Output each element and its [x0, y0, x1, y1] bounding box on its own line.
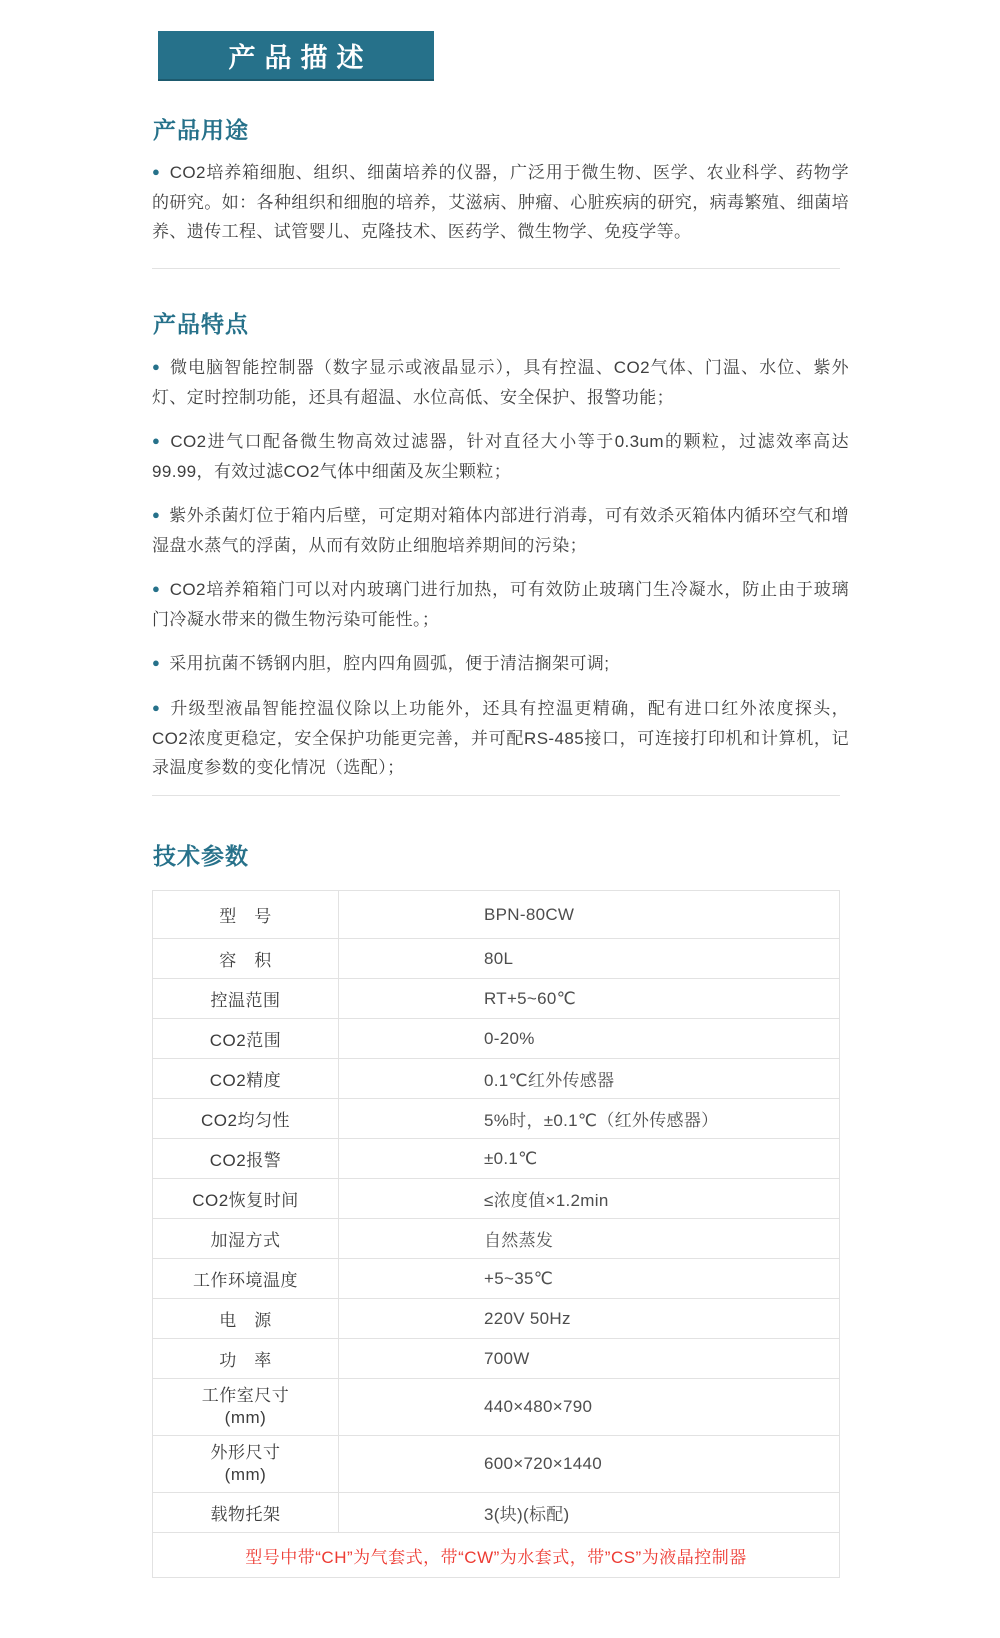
spec-label: 工作环境温度: [153, 1259, 339, 1299]
spec-label: 容 积: [153, 939, 339, 979]
spec-label: 型 号: [153, 891, 339, 939]
spec-label: 工作室尺寸 (mm): [153, 1379, 339, 1436]
bullet-icon: ●: [152, 359, 161, 374]
spec-label: 电 源: [153, 1299, 339, 1339]
spec-label: CO2恢复时间: [153, 1179, 339, 1219]
spec-row: 外形尺寸 (mm) 600×720×1440: [153, 1436, 840, 1493]
banner-title: 产品描述: [220, 36, 373, 75]
bullet-icon: ●: [152, 655, 160, 670]
spec-value: ≤浓度值×1.2min: [339, 1179, 840, 1219]
bullet-icon: ●: [152, 700, 161, 715]
spec-value: 5%时，±0.1℃（红外传感器）: [339, 1099, 840, 1139]
spec-label-line2: (mm): [153, 1407, 338, 1429]
spec-value: 自然蒸发: [339, 1219, 840, 1259]
feature-text: CO2培养箱箱门可以对内玻璃门进行加热，可有效防止玻璃门生冷凝水，防止由于玻璃门…: [152, 580, 849, 629]
spec-value: +5~35℃: [339, 1259, 840, 1299]
spec-label: 外形尺寸 (mm): [153, 1436, 339, 1493]
spec-label: CO2范围: [153, 1019, 339, 1059]
spec-value: 220V 50Hz: [339, 1299, 840, 1339]
spec-row: CO2恢复时间 ≤浓度值×1.2min: [153, 1179, 840, 1219]
feature-text: 升级型液晶智能控温仪除以上功能外，还具有控温更精确，配有进口红外浓度探头，CO2…: [152, 699, 849, 777]
bullet-icon: ●: [152, 164, 161, 179]
section-banner: 产品描述: [158, 31, 434, 81]
spec-value: 0-20%: [339, 1019, 840, 1059]
spec-label: CO2精度: [153, 1059, 339, 1099]
spec-label: CO2均匀性: [153, 1099, 339, 1139]
spec-row: CO2均匀性 5%时，±0.1℃（红外传感器）: [153, 1099, 840, 1139]
spec-row: 容 积 80L: [153, 939, 840, 979]
usage-text: CO2培养箱细胞、组织、细菌培养的仪器，广泛用于微生物、医学、农业科学、药物学的…: [152, 163, 849, 241]
spec-row: 载物托架 3(块)(标配): [153, 1493, 840, 1533]
spec-row: 工作室尺寸 (mm) 440×480×790: [153, 1379, 840, 1436]
feature-text: 紫外杀菌灯位于箱内后壁，可定期对箱体内部进行消毒，可有效杀灭箱体内循环空气和增湿…: [152, 506, 849, 555]
spec-value: 600×720×1440: [339, 1436, 840, 1493]
spec-label: 加湿方式: [153, 1219, 339, 1259]
feature-item: ●CO2进气口配备微生物高效过滤器，针对直径大小等于0.3um的颗粒，过滤效率高…: [152, 427, 849, 486]
spec-label: 控温范围: [153, 979, 339, 1019]
spec-value: ±0.1℃: [339, 1139, 840, 1179]
feature-text: 采用抗菌不锈钢内胆，腔内四角圆弧，便于清洁搁架可调;: [169, 654, 609, 673]
spec-row: 控温范围 RT+5~60℃: [153, 979, 840, 1019]
bullet-icon: ●: [152, 507, 160, 522]
feature-item: ●CO2培养箱箱门可以对内玻璃门进行加热，可有效防止玻璃门生冷凝水，防止由于玻璃…: [152, 575, 849, 634]
spec-value: 3(块)(标配): [339, 1493, 840, 1533]
spec-row: 电 源 220V 50Hz: [153, 1299, 840, 1339]
features-heading: 产品特点: [153, 306, 249, 339]
spec-value: 80L: [339, 939, 840, 979]
spec-value: 0.1℃红外传感器: [339, 1059, 840, 1099]
spec-row: 工作环境温度 +5~35℃: [153, 1259, 840, 1299]
spec-label: 载物托架: [153, 1493, 339, 1533]
bullet-icon: ●: [152, 433, 161, 448]
spec-label-line2: (mm): [153, 1464, 338, 1486]
spec-note: 型号中带“CH”为气套式，带“CW”为水套式，带”CS”为液晶控制器: [153, 1533, 840, 1578]
specs-heading: 技术参数: [153, 838, 249, 871]
spec-value: 440×480×790: [339, 1379, 840, 1436]
spec-row: 型 号 BPN-80CW: [153, 891, 840, 939]
spec-row: 功 率 700W: [153, 1339, 840, 1379]
features-list: ●微电脑智能控制器（数字显示或液晶显示），具有控温、CO2气体、门温、水位、紫外…: [152, 353, 849, 797]
spec-row: CO2报警 ±0.1℃: [153, 1139, 840, 1179]
feature-item: ●紫外杀菌灯位于箱内后壁，可定期对箱体内部进行消毒，可有效杀灭箱体内循环空气和增…: [152, 501, 849, 560]
spec-row: 加湿方式 自然蒸发: [153, 1219, 840, 1259]
usage-heading: 产品用途: [153, 112, 249, 145]
spec-value: RT+5~60℃: [339, 979, 840, 1019]
feature-item: ●微电脑智能控制器（数字显示或液晶显示），具有控温、CO2气体、门温、水位、紫外…: [152, 353, 849, 412]
spec-label: 功 率: [153, 1339, 339, 1379]
spec-label: CO2报警: [153, 1139, 339, 1179]
spec-value: BPN-80CW: [339, 891, 840, 939]
feature-item: ●采用抗菌不锈钢内胆，腔内四角圆弧，便于清洁搁架可调;: [152, 649, 849, 679]
specs-table: 型 号 BPN-80CW 容 积 80L 控温范围 RT+5~60℃ CO2范围…: [152, 890, 840, 1578]
bullet-icon: ●: [152, 581, 161, 596]
spec-value: 700W: [339, 1339, 840, 1379]
spec-row: CO2范围 0-20%: [153, 1019, 840, 1059]
feature-item: ●升级型液晶智能控温仪除以上功能外，还具有控温更精确，配有进口红外浓度探头，CO…: [152, 694, 849, 782]
spec-label-line1: 工作室尺寸: [153, 1385, 338, 1407]
spec-note-row: 型号中带“CH”为气套式，带“CW”为水套式，带”CS”为液晶控制器: [153, 1533, 840, 1578]
section-divider: [152, 268, 840, 269]
spec-label-line1: 外形尺寸: [153, 1442, 338, 1464]
feature-text: CO2进气口配备微生物高效过滤器，针对直径大小等于0.3um的颗粒，过滤效率高达…: [152, 432, 849, 481]
feature-text: 微电脑智能控制器（数字显示或液晶显示），具有控温、CO2气体、门温、水位、紫外灯…: [152, 358, 849, 407]
product-description-page: 产品描述 产品用途 ●CO2培养箱细胞、组织、细菌培养的仪器，广泛用于微生物、医…: [0, 0, 1000, 1638]
section-divider: [152, 795, 840, 796]
usage-paragraph: ●CO2培养箱细胞、组织、细菌培养的仪器，广泛用于微生物、医学、农业科学、药物学…: [152, 158, 849, 246]
spec-row: CO2精度 0.1℃红外传感器: [153, 1059, 840, 1099]
